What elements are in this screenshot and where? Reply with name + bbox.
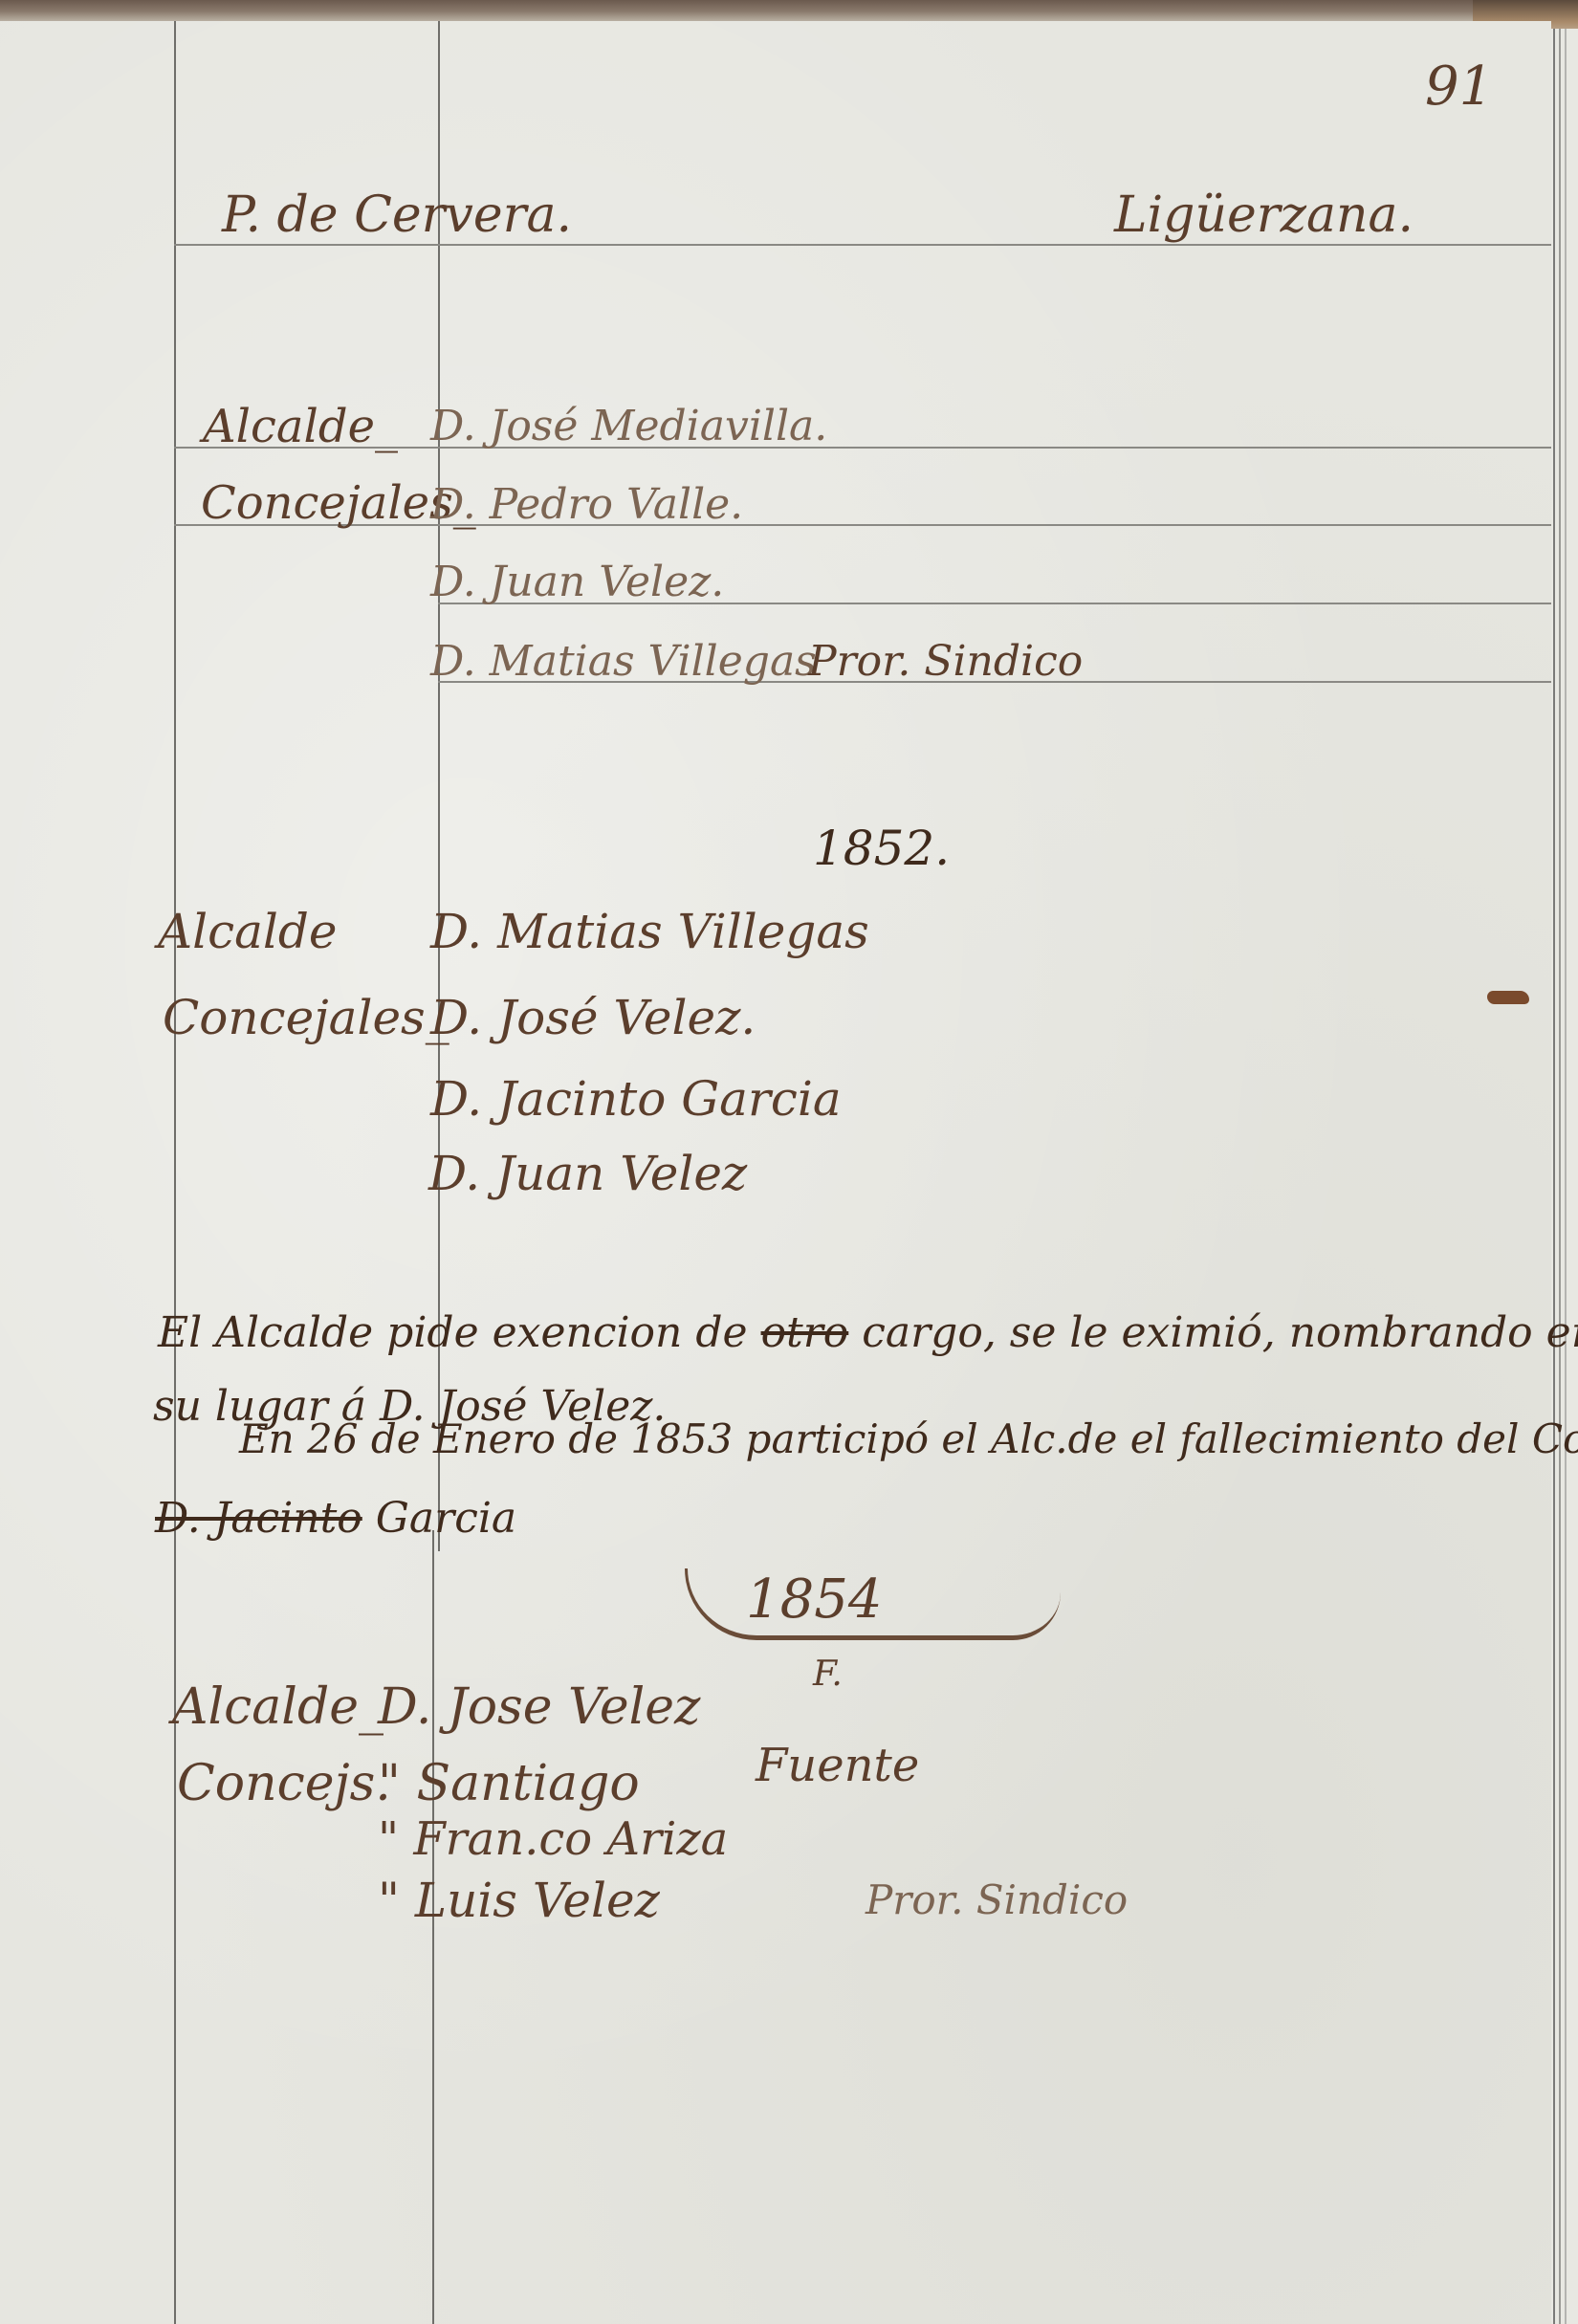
folio-number: 91 [1425,55,1493,118]
ruled-line [174,244,1551,246]
ink-blot [1487,991,1529,1004]
page-edge-line [1565,29,1567,2324]
member-name: D. Jose Velez [378,1678,700,1736]
member-surname: Fuente [756,1739,919,1792]
member-name: D. Pedro Valle. [430,480,743,529]
note-text: Garcia [376,1494,516,1543]
struck-name: D. Jacinto [155,1494,362,1543]
member-name: D. José Velez. [430,990,756,1045]
role-label: Alcalde_ [172,1678,384,1736]
role-note: Pror. Sindico [866,1876,1128,1923]
year-heading: 1852. [813,821,950,876]
municipality-heading: Ligüerzana. [1114,186,1414,244]
member-name: D. Matias Villegas [430,637,817,686]
member-name: " Fran.co Ariza [378,1812,728,1866]
member-name: " Luis Velez [378,1873,660,1928]
note-line-3: En 26 de Enero de 1853 participó el Alc.… [239,1415,1578,1462]
role-label: Concejs. [177,1755,391,1812]
note-text: El Alcalde pide exencion de [158,1308,748,1357]
role-note: Pror. Sindico [808,637,1083,686]
role-label: Concejales_ [163,990,449,1045]
note-text: cargo, se le eximió, nombrando en [862,1308,1578,1357]
manuscript-page [0,21,1551,2324]
note-line-4: D. Jacinto Garcia [155,1494,516,1543]
struck-word: otro [761,1308,849,1357]
member-name: D. Juan Velez [428,1146,747,1201]
year-flourish [685,1568,1061,1640]
note-line-1: El Alcalde pide exencion de otro cargo, … [158,1308,1578,1357]
member-name: D. Matias Villegas [430,904,869,959]
member-name: D. Jacinto Garcia [430,1071,842,1127]
member-name: " Santiago [378,1755,640,1812]
member-name: D. Juan Velez. [430,558,724,606]
role-label: Alcalde [158,904,338,959]
page-edge-line [1553,29,1555,2324]
member-name: D. José Mediavilla. [430,402,827,450]
margin-rule-left [174,21,176,2324]
name-suffix: F. [813,1655,843,1694]
page-edge-line [1559,29,1561,2324]
district-heading: P. de Cervera. [222,186,572,244]
role-label: Alcalde_ [203,400,398,453]
